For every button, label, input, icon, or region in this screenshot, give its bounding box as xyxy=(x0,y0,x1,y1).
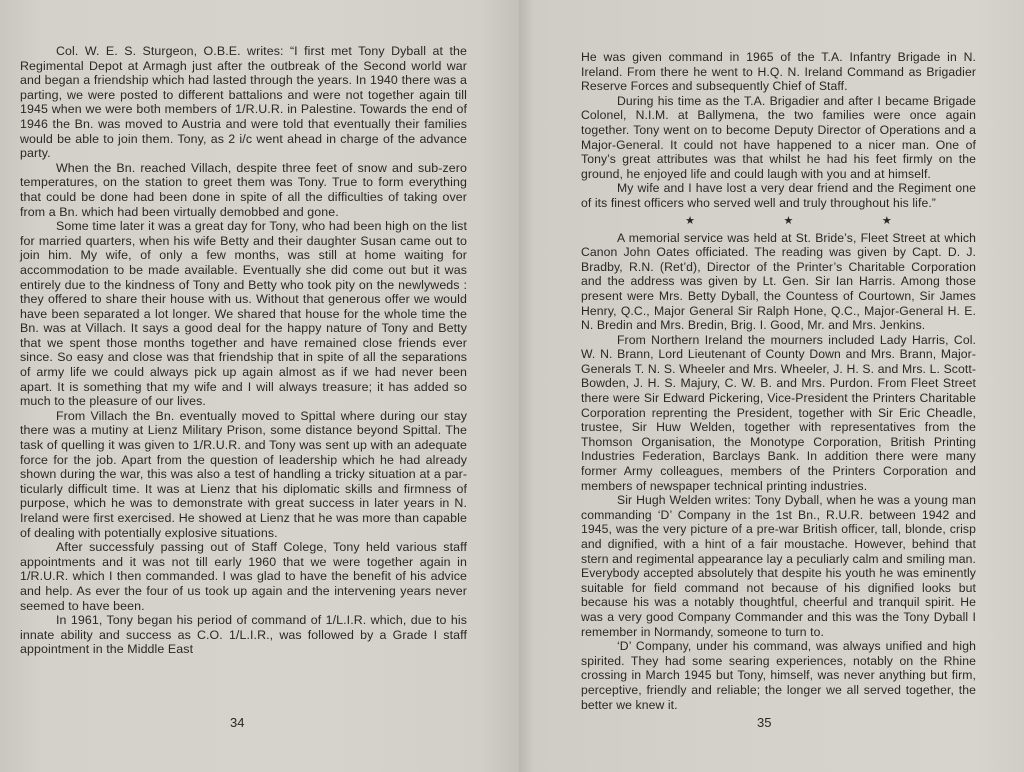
left-page-body: Col. W. E. S. Sturgeon, O.B.E. writes: “… xyxy=(20,44,467,657)
section-separator: ★ ★ ★ xyxy=(581,211,976,231)
paragraph: ‘D’ Company, under his command, was alwa… xyxy=(581,639,976,712)
paragraph: Col. W. E. S. Sturgeon, O.B.E. writes: “… xyxy=(20,44,467,161)
right-page-body: He was given command in 1965 of the T.A.… xyxy=(581,50,976,712)
paragraph: When the Bn. reached Villach, despite th… xyxy=(20,161,467,219)
right-page: He was given command in 1965 of the T.A.… xyxy=(519,0,1024,772)
page-number-right: 35 xyxy=(757,715,771,730)
star-icon: ★ xyxy=(882,215,892,227)
paragraph: After successfuly passing out of Staff C… xyxy=(20,540,467,613)
star-icon: ★ xyxy=(685,215,695,227)
paragraph: He was given command in 1965 of the T.A.… xyxy=(581,50,976,94)
paragraph: My wife and I have lost a very dear frie… xyxy=(581,181,976,210)
book-spread: Col. W. E. S. Sturgeon, O.B.E. writes: “… xyxy=(0,0,1024,772)
paragraph: From Villach the Bn. eventually moved to… xyxy=(20,409,467,540)
star-icon: ★ xyxy=(784,215,794,227)
paragraph: In 1961, Tony began his period of comman… xyxy=(20,613,467,657)
paragraph: During his time as the T.A. Brigadier an… xyxy=(581,94,976,182)
left-page: Col. W. E. S. Sturgeon, O.B.E. writes: “… xyxy=(0,0,519,772)
paragraph: A memorial service was held at St. Bride… xyxy=(581,231,976,333)
page-number-left: 34 xyxy=(230,715,244,730)
paragraph: Sir Hugh Welden writes: Tony Dyball, whe… xyxy=(581,493,976,639)
paragraph: From Northern Ireland the mourners inclu… xyxy=(581,333,976,494)
paragraph: Some time later it was a great day for T… xyxy=(20,219,467,409)
